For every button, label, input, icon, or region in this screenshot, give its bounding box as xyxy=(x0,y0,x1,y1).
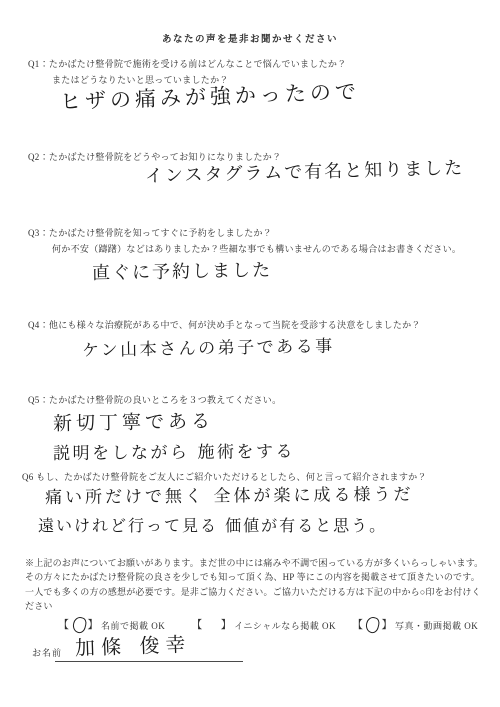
bracket-close: 】 xyxy=(381,619,393,631)
answer-6-handwriting-line1: 痛い所だけで無く 全体が楽に成る様うだ xyxy=(45,480,414,508)
notice-line: ※上記のお声についてお願いがあります。まだ世の中には痛みや不調で困っている方が多… xyxy=(25,556,487,570)
name-handwriting: 加條 俊幸 xyxy=(74,628,191,661)
publication-notice: ※上記のお声についてお願いがあります。まだ世の中には痛みや不調で困っている方が多… xyxy=(25,556,487,614)
question-4-text: Q4：他にも様々な治療院がある中で、何が決め手となって当院を受診する決意をしまし… xyxy=(28,318,421,331)
question-3-text-line2: 何か不安（躊躇）などはありましたか？些細な事でも構いませんのである場合はお書きく… xyxy=(52,242,461,255)
answer-6-handwriting-line2: 遠いけれど行って見る 価値が有ると思う。 xyxy=(38,513,387,536)
notice-line: その方々にたかばたけ整骨院の良さを少しでも知って頂く為、HP 等にこの内容を掲載… xyxy=(25,570,487,584)
bracket-open: 【 xyxy=(352,619,364,631)
question-1-text: Q1：たかばたけ整骨院で施術を受ける前はどんなことで悩んでいましたか？ xyxy=(28,57,347,70)
bracket-close: 】 xyxy=(88,619,100,631)
answer-3-handwriting: 直ぐに予約しました xyxy=(92,256,272,285)
consent-circle-icon xyxy=(365,616,381,635)
notice-line: 一人でも多くの方の感想が必要です。是非ご協力ください。ご協力いただける方は下記の… xyxy=(25,585,487,599)
bracket-close: 】 xyxy=(221,619,233,631)
name-underline xyxy=(55,661,243,662)
consent-option-photo-label: 写真・動画掲載 OK xyxy=(395,619,478,632)
bracket-open: 【 xyxy=(191,619,203,631)
answer-5-handwriting-line1: 新切丁寧である xyxy=(53,406,214,436)
consent-markbox-initial xyxy=(203,617,221,633)
answer-4-handwriting: ケン山本さんの弟子である事 xyxy=(82,332,335,361)
consent-markbox-name xyxy=(70,617,88,633)
answer-5-handwriting-line2: 説明をしながら 施術をする xyxy=(53,437,295,464)
question-3-text: Q3：たかばたけ整骨院を知ってすぐに予約をしましたか？ xyxy=(28,226,272,239)
consent-option-initial-label: イニシャルなら掲載 OK xyxy=(234,619,336,632)
notice-line: ださい xyxy=(25,599,487,613)
consent-markbox-photo xyxy=(363,617,381,633)
page-title: あなたの声を是非お聞かせください xyxy=(0,31,500,45)
questionnaire-sheet: あなたの声を是非お聞かせください Q1：たかばたけ整骨院で施術を受ける前はどんな… xyxy=(0,0,500,707)
name-field-label: お名前 xyxy=(32,646,62,659)
question-5-text: Q5：たかばたけ整骨院の良いところを３つ教えてください。 xyxy=(28,393,281,406)
bracket-open: 【 xyxy=(58,619,70,631)
